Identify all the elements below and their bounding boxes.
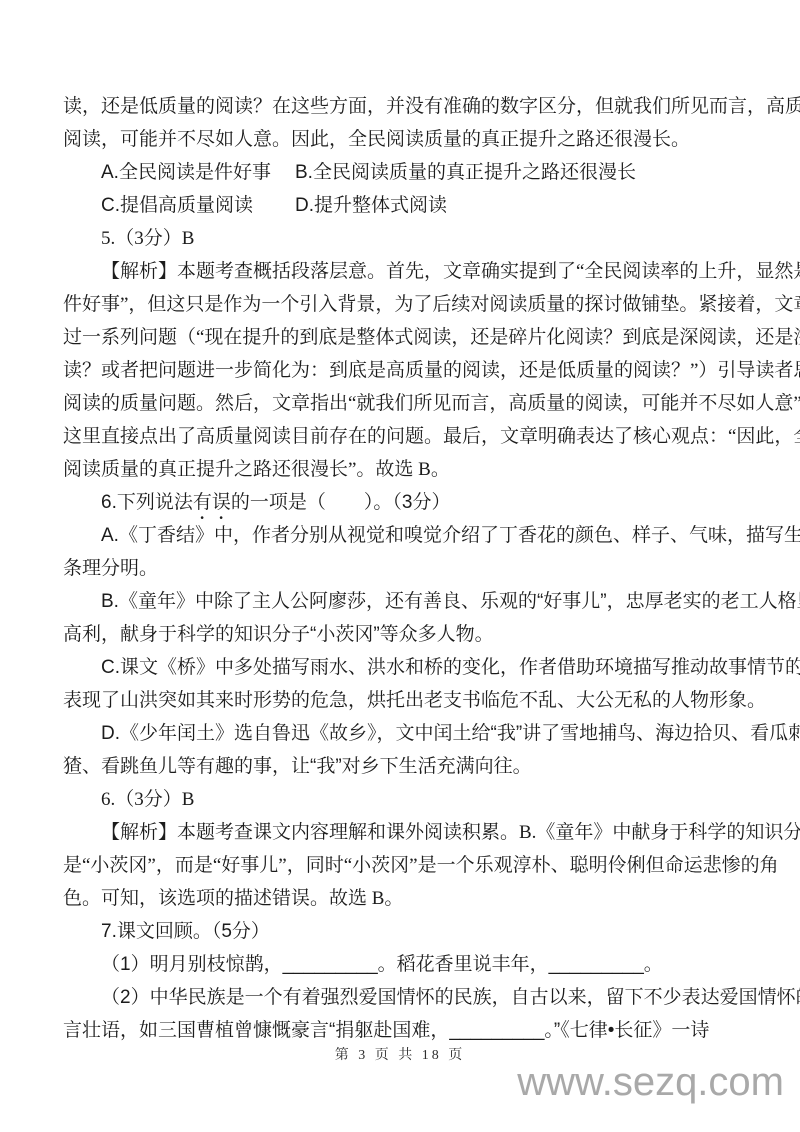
- q5-analysis-line: 阅读质量的真正提升之路还很漫长”。故选 B。: [63, 453, 739, 486]
- q5-options-row: A.全民阅读是件好事B.全民阅读质量的真正提升之路还很漫长: [63, 156, 739, 189]
- q5-options-row: C.提倡高质量阅读D.提升整体式阅读: [63, 189, 739, 222]
- q6-analysis-line: 色。可知，该选项的描述错误。故选 B。: [63, 882, 739, 915]
- q5-option-d: D.提升整体式阅读: [295, 195, 447, 216]
- q6-stem-emphasized: 有误: [193, 492, 231, 513]
- q5-option-c: C.提倡高质量阅读: [101, 189, 295, 222]
- q5-answer: 5.（3分）B: [63, 222, 739, 255]
- watermark-url: www.sezq.com: [517, 1060, 784, 1105]
- q5-analysis-line: 件好事”，但这只是作为一个引入背景，为了后续对阅读质量的探讨做铺垫。紧接着，文章…: [63, 288, 739, 321]
- document-page: 读，还是低质量的阅读？在这些方面，并没有准确的数字区分，但就我们所见而言，高质量…: [0, 0, 800, 1132]
- q6-stem-pre: 6.下列说法: [101, 492, 193, 513]
- page-content: 读，还是低质量的阅读？在这些方面，并没有准确的数字区分，但就我们所见而言，高质量…: [63, 90, 739, 1047]
- q6-option-line: 表现了山洪突如其来时形势的危急，烘托出老支书临危不乱、大公无私的人物形象。: [63, 684, 739, 717]
- q6-stem-post: 的一项是（ ）。（3分）: [231, 492, 451, 513]
- q5-analysis-line: 这里直接点出了高质量阅读目前存在的问题。最后，文章明确表达了核心观点：“因此，全…: [63, 420, 739, 453]
- q7-item-line: （2）中华民族是一个有着强烈爱国情怀的民族，自古以来，留下不少表达爱国情怀的豪: [63, 981, 739, 1014]
- q5-analysis-line: 读？或者把问题进一步简化为：到底是高质量的阅读，还是低质量的阅读？”）引导读者思…: [63, 354, 739, 387]
- q6-option-line: C.课文《桥》中多处描写雨水、洪水和桥的变化，作者借助环境描写推动故事情节的发展…: [63, 651, 739, 684]
- q5-analysis-line: 过一系列问题（“现在提升的到底是整体式阅读，还是碎片化阅读？到底是深阅读，还是浅…: [63, 321, 739, 354]
- q6-analysis-line: 是“小茨冈”，而是“好事儿”，同时“小茨冈”是一个乐观淳朴、聪明伶俐但命运悲惨的…: [63, 849, 739, 882]
- q7-item-line: 言壮语，如三国曹植曾慷慨豪言“捐躯赴国难，_________。”《七律•长征》一…: [63, 1014, 739, 1047]
- q5-analysis-line: 【解析】本题考查概括段落层意。首先，文章确实提到了“全民阅读率的上升，显然是一: [63, 255, 739, 288]
- q6-option-line: 猹、看跳鱼儿等有趣的事，让“我”对乡下生活充满向往。: [63, 750, 739, 783]
- passage-line: 阅读，可能并不尽如人意。因此，全民阅读质量的真正提升之路还很漫长。: [63, 123, 739, 156]
- q7-item-line: （1）明月别枝惊鹊，_________。稻花香里说丰年，_________。: [63, 948, 739, 981]
- q6-analysis-line: 【解析】本题考查课文内容理解和课外阅读积累。B.《童年》中献身于科学的知识分子不: [63, 816, 739, 849]
- q5-analysis-line: 阅读的质量问题。然后，文章指出“就我们所见而言，高质量的阅读，可能并不尽如人意”…: [63, 387, 739, 420]
- q5-option-a: A.全民阅读是件好事: [101, 156, 295, 189]
- q7-header: 7.课文回顾。（5分）: [63, 915, 739, 948]
- q6-option-line: B.《童年》中除了主人公阿廖莎，还有善良、乐观的“好事儿”，忠厚老实的老工人格里: [63, 585, 739, 618]
- q6-option-line: 条理分明。: [63, 552, 739, 585]
- q6-option-line: 高利，献身于科学的知识分子“小茨冈”等众多人物。: [63, 618, 739, 651]
- passage-line: 读，还是低质量的阅读？在这些方面，并没有准确的数字区分，但就我们所见而言，高质量…: [63, 90, 739, 123]
- q6-option-line: D.《少年闰土》选自鲁迅《故乡》，文中闰土给“我”讲了雪地捕鸟、海边拾贝、看瓜刺: [63, 717, 739, 750]
- q6-answer: 6.（3分）B: [63, 783, 739, 816]
- q5-option-b: B.全民阅读质量的真正提升之路还很漫长: [295, 162, 636, 183]
- q6-stem: 6.下列说法有误的一项是（ ）。（3分）: [63, 486, 739, 519]
- q6-option-line: A.《丁香结》中，作者分别从视觉和嗅觉介绍了丁香花的颜色、样子、气味，描写生动，: [63, 519, 739, 552]
